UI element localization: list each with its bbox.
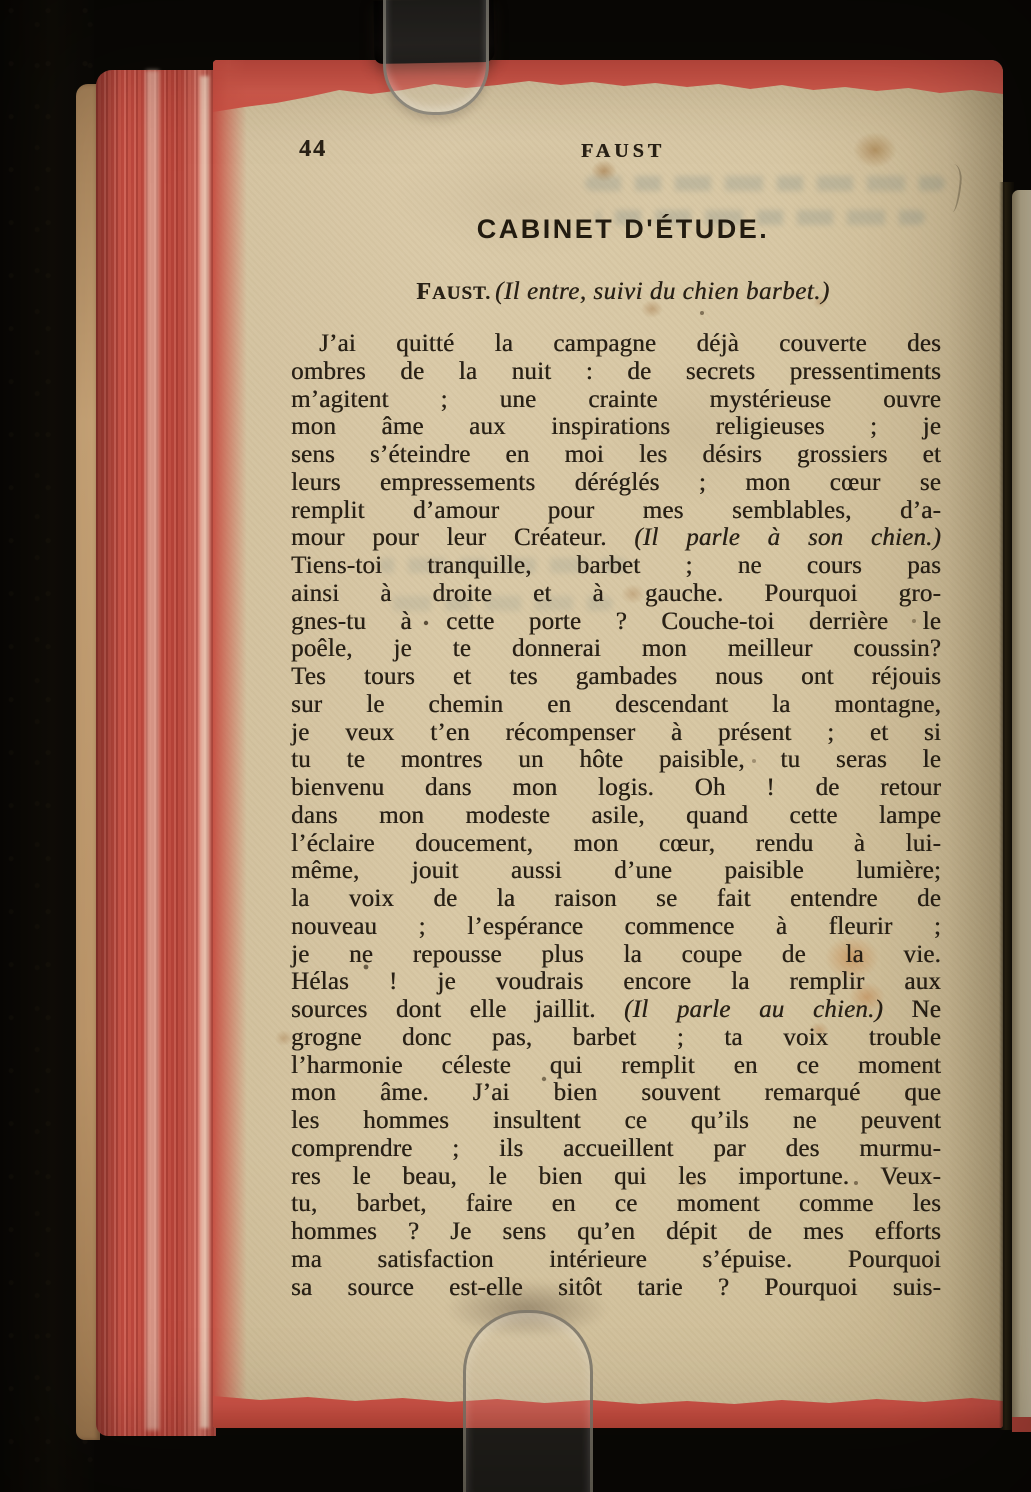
adjacent-page-edge xyxy=(1012,190,1031,1432)
body-line: comprendre ; ils accueillent par des mur… xyxy=(291,1135,941,1163)
body-line: ainsi à droite et à gauche. Pourquoi gro… xyxy=(291,580,941,608)
page-top-red-edge xyxy=(213,60,1003,112)
body-line: Tes tours et tes gambades nous ont réjou… xyxy=(291,663,941,691)
body-segment: Ne xyxy=(883,996,941,1023)
body-line: même, jouit aussi d’une paisible lumière… xyxy=(291,857,941,885)
body-line: sur le chemin en descendant la montagne, xyxy=(291,691,941,719)
body-line: Hélas ! je voudrais encore la remplir au… xyxy=(291,968,941,996)
section-title: CABINET D'ÉTUDE. xyxy=(298,214,948,245)
body-line: mour pour leur Créateur. (Il parle à son… xyxy=(291,524,941,552)
body-line: nouveau ; l’espérance commence à fleurir… xyxy=(291,913,941,941)
body-line: tu, barbet, faire en ce moment comme les xyxy=(291,1190,941,1218)
book-page: 44 FAUST CABINET D'ÉTUDE. FAUST. (Il ent… xyxy=(213,60,1003,1428)
body-line: J’ai quitté la campagne déjà couverte de… xyxy=(291,330,941,358)
adjacent-page-red-edge xyxy=(1012,1417,1031,1432)
entry-stage-direction: (Il entre, suivi du chien barbet.) xyxy=(495,278,830,305)
body-line: sens s’éteindre en moi les désirs grossi… xyxy=(291,441,941,469)
body-line: sources dont elle jaillit. (Il parle au … xyxy=(291,996,941,1024)
speaker-name: FAUST. xyxy=(416,279,491,306)
inline-stage-direction: (Il parle au chien.) xyxy=(624,996,883,1023)
running-head: FAUST xyxy=(298,140,948,163)
stage-direction-line: FAUST. (Il entre, suivi du chien barbet.… xyxy=(258,278,988,306)
fore-edge-light-streak xyxy=(146,70,159,1430)
body-line: les hommes insultent ce qu’ils ne peuven… xyxy=(291,1107,941,1135)
bottom-transparent-clip xyxy=(463,1310,593,1492)
body-line: ombres de la nuit : de secrets pressenti… xyxy=(291,358,941,386)
body-line: ma satisfaction intérieure s’épuise. Pou… xyxy=(291,1246,941,1274)
body-segment: sources dont elle jaillit. xyxy=(291,996,624,1023)
fore-edge-pale-streak xyxy=(200,76,209,1428)
paper-specks xyxy=(213,60,215,62)
body-line: la voix de la raison se fait entendre de xyxy=(291,885,941,913)
body-segment: mour pour leur Créateur. xyxy=(291,524,634,551)
body-line: tu te montres un hôte paisible, tu seras… xyxy=(291,746,941,774)
body-line: m’agitent ; une crainte mystérieuse ouvr… xyxy=(291,386,941,414)
showthrough-text xyxy=(585,176,945,191)
body-line: dans mon modeste asile, quand cette lamp… xyxy=(291,802,941,830)
body-line: je veux t’en récompenser à présent ; et … xyxy=(291,719,941,747)
body-line: grogne donc pas, barbet ; ta voix troubl… xyxy=(291,1024,941,1052)
page-left-red-wash xyxy=(213,60,247,1428)
body-line: mon âme aux inspirations religieuses ; j… xyxy=(291,413,941,441)
page-bottom-red-edge xyxy=(213,1394,1003,1428)
body-line: l’éclaire doucement, mon cœur, rendu à l… xyxy=(291,830,941,858)
top-transparent-clip xyxy=(383,0,489,115)
body-line: mon âme. J’ai bien souvent remarqué que xyxy=(291,1079,941,1107)
body-line: je ne repousse plus la coupe de la vie. xyxy=(291,941,941,969)
body-line: gnes-tu à cette porte ? Couche-toi derri… xyxy=(291,608,941,636)
inline-stage-direction: (Il parle à son chien.) xyxy=(634,524,941,551)
body-line: leurs empressements déréglés ; mon cœur … xyxy=(291,469,941,497)
body-line: bienvenu dans mon logis. Oh ! de retour xyxy=(291,774,941,802)
body-line: sa source est-elle sitôt tarie ? Pourquo… xyxy=(291,1274,941,1302)
body-line: res le beau, le bien qui les importune. … xyxy=(291,1163,941,1191)
pencil-mark xyxy=(943,163,964,212)
body-line: hommes ? Je sens qu’en dépit de mes effo… xyxy=(291,1218,941,1246)
book-scan-photo: 44 FAUST CABINET D'ÉTUDE. FAUST. (Il ent… xyxy=(0,0,1031,1492)
body-line: Tiens-toi tranquille, barbet ; ne cours … xyxy=(291,552,941,580)
body-line: remplit d’amour pour mes semblables, d’a… xyxy=(291,497,941,525)
body-text: J’ai quitté la campagne déjà couverte de… xyxy=(291,330,941,1301)
body-line: l’harmonie céleste qui remplit en ce mom… xyxy=(291,1052,941,1080)
body-line: poêle, je te donnerai mon meilleur couss… xyxy=(291,635,941,663)
